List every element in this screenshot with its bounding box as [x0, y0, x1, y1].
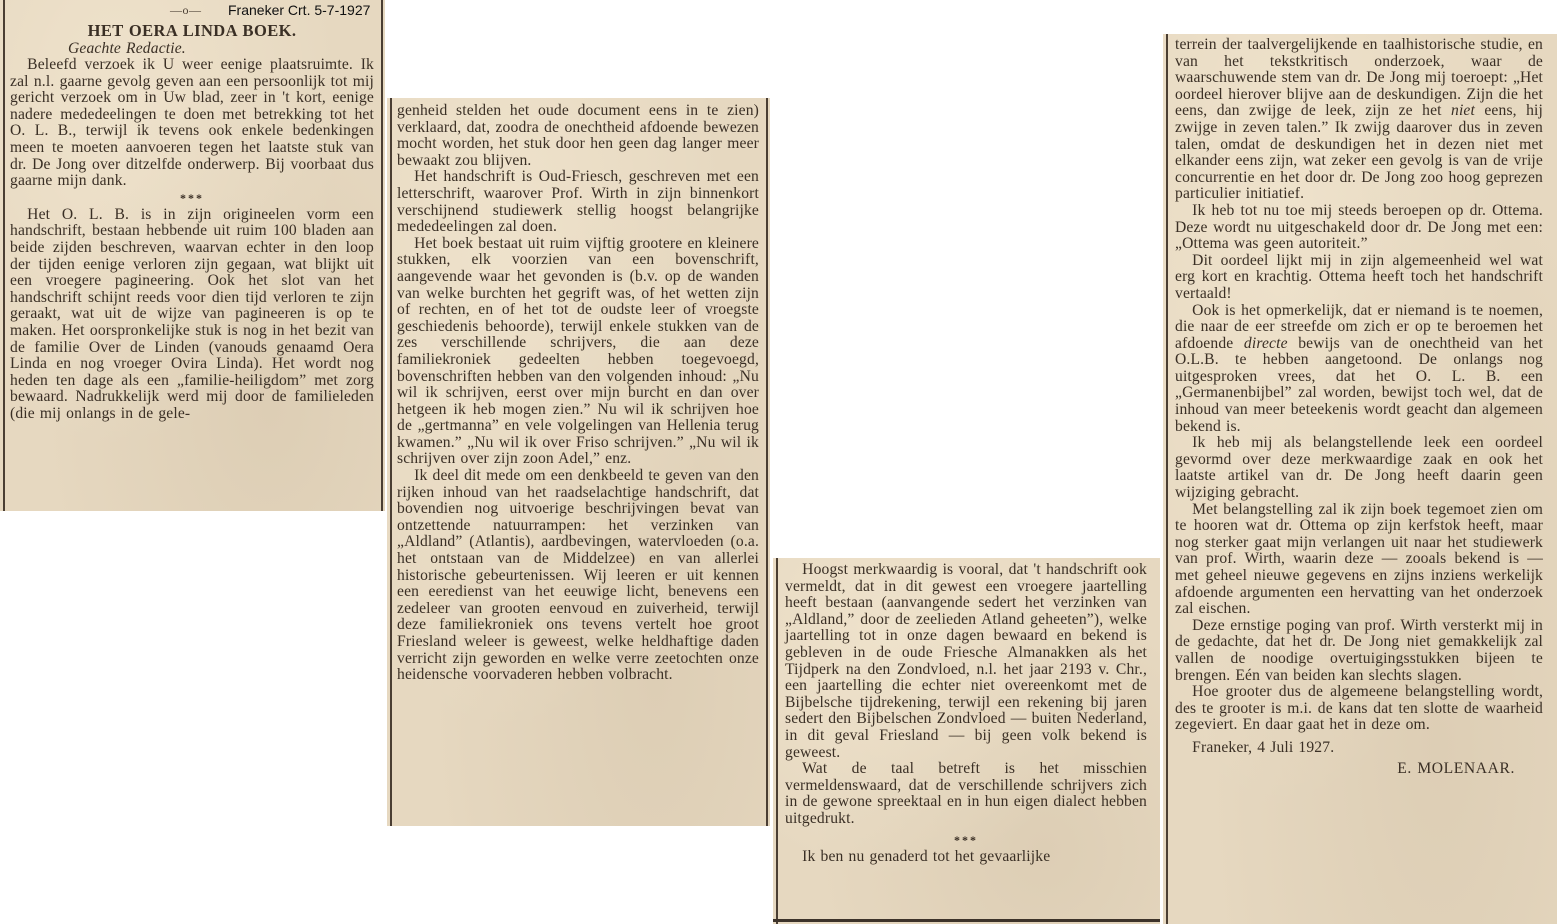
column-rule-left [390, 98, 392, 826]
paragraph: Ook is het opmerkelijk, dat er niemand i… [1175, 303, 1543, 436]
paragraph: Ik ben nu genaderd tot het gevaarlijke [785, 849, 1147, 866]
paragraph: Ik heb tot nu toe mij steeds beroepen op… [1175, 203, 1543, 253]
paragraph: Het boek bestaat uit ruim vijftig groote… [397, 236, 759, 468]
column-2-text: genheid stelden het oude document eens i… [397, 103, 759, 684]
column-rule-bottom [773, 919, 1160, 922]
column-rule-right [381, 0, 383, 511]
paragraph: Dit oordeel lijkt mij in zijn algemeenhe… [1175, 253, 1543, 303]
paragraph: genheid stelden het oude document eens i… [397, 103, 759, 169]
place-date: Franeker, 4 Juli 1927. [1175, 740, 1543, 757]
column-rule-right [766, 98, 768, 826]
column-rule-left [1166, 34, 1168, 924]
emphasis: directe [1244, 335, 1288, 352]
column-3-text: Hoogst merkwaardig is vooral, dat 't han… [785, 562, 1147, 865]
clipping-column-1: —o— HET OERA LINDA BOEK. Geachte Redacti… [0, 0, 385, 511]
paragraph: Hoe grooter dus de algemeene belangstell… [1175, 684, 1543, 734]
clipping-column-2: genheid stelden het oude document eens i… [387, 98, 770, 826]
paragraph: Beleefd verzoek ik U weer eenige plaatsr… [10, 57, 374, 190]
section-separator: *** [10, 190, 374, 207]
article-title: HET OERA LINDA BOEK. [10, 22, 374, 40]
signature: E. MOLENAAR. [1175, 761, 1543, 778]
clipping-column-4: terrein der taalvergelijkende en taalhis… [1163, 34, 1557, 924]
source-label: Franeker Crt. 5-7-1927 [228, 2, 370, 18]
divider-ornament: —o— [170, 3, 202, 18]
paragraph: Wat de taal betreft is het misschien ver… [785, 761, 1147, 827]
paragraph: Hoogst merkwaardig is vooral, dat 't han… [785, 562, 1147, 761]
paragraph: Ik heb mij als belangstellende leek een … [1175, 435, 1543, 501]
clipping-column-3: Hoogst merkwaardig is vooral, dat 't han… [773, 558, 1160, 924]
column-rule-left [3, 0, 5, 511]
paragraph: Het O. L. B. is in zijn origineelen vorm… [10, 207, 374, 423]
paragraph: Ik deel dit mede om een denkbeeld te gev… [397, 468, 759, 684]
column-rule-left [776, 558, 778, 924]
emphasis: niet [1451, 102, 1475, 119]
paragraph: Het handschrift is Oud-Friesch, geschrev… [397, 169, 759, 235]
paragraph: terrein der taalvergelijkende en taalhis… [1175, 37, 1543, 203]
paragraph: Met belangstelling zal ik zijn boek tege… [1175, 502, 1543, 618]
salutation: Geachte Redactie. [10, 40, 374, 57]
column-4-text: terrein der taalvergelijkende en taalhis… [1175, 37, 1543, 777]
section-separator: *** [785, 832, 1147, 849]
column-1-text: HET OERA LINDA BOEK. Geachte Redactie. B… [10, 22, 374, 422]
paragraph: Deze ernstige poging van prof. Wirth ver… [1175, 618, 1543, 684]
